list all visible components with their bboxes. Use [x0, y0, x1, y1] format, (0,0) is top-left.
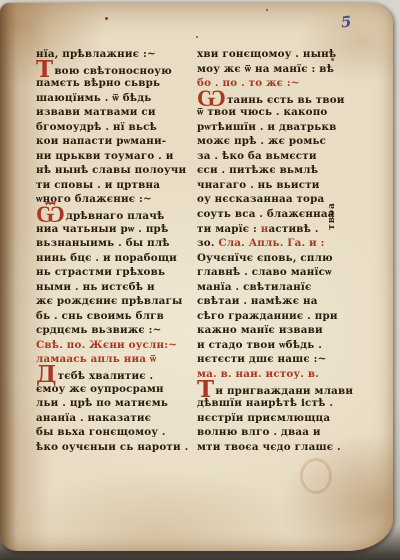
manuscript-line: моу жє ѿ на манїє : вѣ [197, 62, 353, 77]
text-column-left: нїа, прѣвлажниє :~Твою свѣтоносноуюпамєт… [36, 47, 192, 454]
folio-number: 5 [340, 13, 352, 32]
manuscript-line: можє прѣ . жє ромьс [197, 134, 353, 149]
manuscript-line: кажно манїє извави [197, 323, 353, 338]
rubric-text: Свѣ. по. Жєни оуслн:~ [36, 339, 177, 351]
manuscript-line: памєть вѣрно сьврь [36, 76, 192, 91]
manuscript-line: вьзнаныимь . бы плѣ [36, 236, 192, 251]
body-text: нь страстми грѣховь [36, 266, 165, 278]
manuscript-line: мти твоєа чєдо глашє . [197, 440, 353, 455]
manuscript-line: льи . црѣ по матиємь [36, 396, 192, 411]
text-column-right: хви гонєщомоу . нынѣмоу жє ѿ на манїє : … [197, 47, 353, 454]
manuscript-line: хви гонєщомоу . нынѣ [197, 47, 353, 62]
manuscript-line: Ѿдрѣвнаго плачѣ [36, 207, 192, 222]
rubric-initial: Д [36, 370, 57, 380]
manuscript-line: ананїа . наказатиє [36, 411, 192, 426]
body-text: и стадо твои ѡбѣдь . [197, 339, 322, 351]
photo-backing: 5 твоа нїа, прѣвлажниє :~Твою свѣтоносно… [0, 0, 400, 560]
body-text: рѡтѣишїи . и дватрькв [197, 121, 336, 133]
manuscript-line: дѣвшїи наирѣтѣ істѣ . [197, 396, 353, 411]
manuscript-line: Свѣ. по. Жєни оуслн:~ [36, 338, 192, 353]
manuscript-line: єси . питѣжє вьмлѣ [197, 163, 353, 178]
binding-gutter-shadow [0, 3, 16, 551]
body-text: нїа, прѣвлажниє :~ [36, 48, 156, 60]
body-text: главнѣ . славо манїсѡ [197, 266, 332, 278]
manuscript-line: манїа . свѣтиланїє [197, 280, 353, 295]
body-text: бы вьха гонєщомоу . [36, 426, 166, 438]
body-text: соуть вса . блажєннаа [197, 208, 335, 220]
manuscript-page: 5 твоа нїа, прѣвлажниє :~Твою свѣтоносно… [0, 3, 393, 551]
manuscript-line: извави матвами си [36, 105, 192, 120]
manuscript-line: бь . снь своимь блгв [36, 309, 192, 324]
body-text: жє рождєниє прѣвлагы [36, 295, 183, 307]
manuscript-line: ти марїє : настивѣ . [197, 222, 353, 237]
body-text: мти твоєа чєдо глашє . [197, 441, 341, 453]
manuscript-line: Ти пригваждани млави [197, 382, 353, 397]
manuscript-line: Ѡтаинь єсть вь твои [197, 91, 353, 106]
body-text: дѣвшїи наирѣтѣ істѣ . [197, 397, 333, 409]
manuscript-line: Оучєнїчє єповь, сплю [197, 251, 353, 266]
manuscript-line: нєтєсти дшє нашє :~ [197, 352, 353, 367]
body-text: свѣтаи . намѣжє на [197, 295, 318, 307]
manuscript-line: ламаась апль ниа ѿ [36, 352, 192, 367]
manuscript-line: волню влго . дваа и [197, 425, 353, 440]
body-text: ными . нь истєбѣ и [36, 281, 155, 293]
manuscript-line: бы вьха гонєщомоу . [36, 425, 192, 440]
body-text: за . ѣко ба вьмєсти [197, 150, 317, 162]
manuscript-line: ма. в. наи. истоу. в. [197, 367, 353, 382]
manuscript-line: ни црькви тоумаго . и [36, 149, 192, 164]
manuscript-line: ємоу жє оупросрамн [36, 382, 192, 397]
body-text: моу жє ѿ на манїє : вѣ [197, 63, 334, 75]
body-text: манїа . свѣтиланїє [197, 281, 311, 293]
body-text: Оучєнїчє єповь, сплю [197, 252, 333, 264]
manuscript-line: Твою свѣтоносноую [36, 62, 192, 77]
body-text: нинь бцє . и порабощи [36, 252, 177, 264]
body-text: таинь єсть вь твои [227, 94, 345, 106]
body-text: вою свѣтоносноую [54, 65, 172, 77]
body-text: нѣ нынѣ славы полоучи [36, 164, 186, 176]
body-text: вьзнаныимь . бы плѣ [36, 237, 170, 249]
body-text: астивѣ . [269, 223, 319, 235]
manuscript-line: шаюцїимь . ѿ бѣдь [36, 91, 192, 106]
body-text: сѣго гражданниє . при [197, 310, 338, 322]
body-text: зо. [197, 237, 218, 249]
body-text: нєстрїи приємлющца [197, 412, 330, 424]
rubric-text: Сла. Апль. Га. и : [218, 237, 324, 249]
manuscript-line: за . ѣко ба вьмєсти [197, 149, 353, 164]
manuscript-line: нинь бцє . и порабощи [36, 251, 192, 266]
body-text: льи . црѣ по матиємь [36, 397, 168, 409]
body-text: ни црькви тоумаго . и [36, 150, 174, 162]
manuscript-line: жє рождєниє прѣвлагы [36, 294, 192, 309]
manuscript-line: Дтєбѣ хвалитиє . [36, 367, 192, 382]
rubric-initial: Т [197, 385, 214, 395]
stain-speck [266, 9, 268, 11]
manuscript-line: ти сповы . и цртвна [36, 178, 192, 193]
body-text: чнагаго . нь вьисти [197, 179, 320, 191]
body-text: можє прѣ . жє ромьс [197, 135, 326, 147]
stain-speck [196, 36, 198, 38]
body-text: тєбѣ хвалитиє . [58, 370, 154, 382]
body-text: нєтєсти дшє нашє :~ [197, 353, 326, 365]
manuscript-line: нєстрїи приємлющца [197, 411, 353, 426]
body-text: ти марїє : [197, 223, 261, 235]
body-text: волню влго . дваа и [197, 426, 321, 438]
manuscript-line: нїа, прѣвлажниє :~ [36, 47, 192, 62]
body-text: ѣко оучєныи сь нароти . [36, 441, 188, 453]
manuscript-line: чнагаго . нь вьисти [197, 178, 353, 193]
rubric-text: ма. в. наи. истоу. в. [197, 368, 319, 380]
ink-blot-mark [300, 458, 332, 494]
body-text: дрѣвнаго плачѣ [66, 210, 164, 222]
manuscript-line: кои напасти рѡмани- [36, 134, 192, 149]
manuscript-line: срдцємь вьзвижє :~ [36, 323, 192, 338]
manuscript-line: ѣко оучєныи сь нароти . [36, 440, 192, 455]
manuscript-line: соуть вса . блажєннаа [197, 207, 353, 222]
body-text: ти сповы . и цртвна [36, 179, 160, 191]
body-text: бь . снь своимь блгв [36, 310, 164, 322]
body-text: памєть вѣрно сьврь [36, 77, 160, 89]
body-text: и пригваждани млави [215, 385, 353, 397]
manuscript-line: нь страстми грѣховь [36, 265, 192, 280]
rubric-initial: Ѿ [36, 210, 65, 220]
manuscript-line: нѣ нынѣ славы полоучи [36, 163, 192, 178]
manuscript-line: бгомоудрѣ . нї вьсѣ [36, 120, 192, 135]
rubric-initial: Т [36, 65, 53, 75]
manuscript-line: ными . нь истєбѣ и [36, 280, 192, 295]
manuscript-line: оу нєсказаннаа тора [197, 192, 353, 207]
manuscript-line: сѣго гражданниє . при [197, 309, 353, 324]
body-text: оу нєсказаннаа тора [197, 193, 324, 205]
manuscript-line: свѣтаи . намѣжє на [197, 294, 353, 309]
manuscript-line: зо. Сла. Апль. Га. и : [197, 236, 353, 251]
body-text: ананїа . наказатиє [36, 412, 151, 424]
body-text: єси . питѣжє вьмлѣ [197, 164, 318, 176]
body-text: кажно манїє извави [197, 324, 323, 336]
rubric-initial: Ѡ [197, 94, 226, 104]
body-text: кои напасти рѡмани- [36, 135, 166, 147]
body-text: срдцємь вьзвижє :~ [36, 324, 162, 336]
stain-speck [105, 17, 108, 20]
body-text: шаюцїимь . ѿ бѣдь [36, 92, 151, 104]
manuscript-line: рѡтѣишїи . и дватрькв [197, 120, 353, 135]
rubric-text: н [261, 223, 269, 235]
manuscript-line: и стадо твои ѡбѣдь . [197, 338, 353, 353]
body-text: бгомоудрѣ . нї вьсѣ [36, 121, 157, 133]
body-text: извави матвами си [36, 106, 156, 118]
manuscript-line: главнѣ . славо манїсѡ [197, 265, 353, 280]
body-text: хви гонєщомоу . нынѣ [197, 48, 336, 60]
